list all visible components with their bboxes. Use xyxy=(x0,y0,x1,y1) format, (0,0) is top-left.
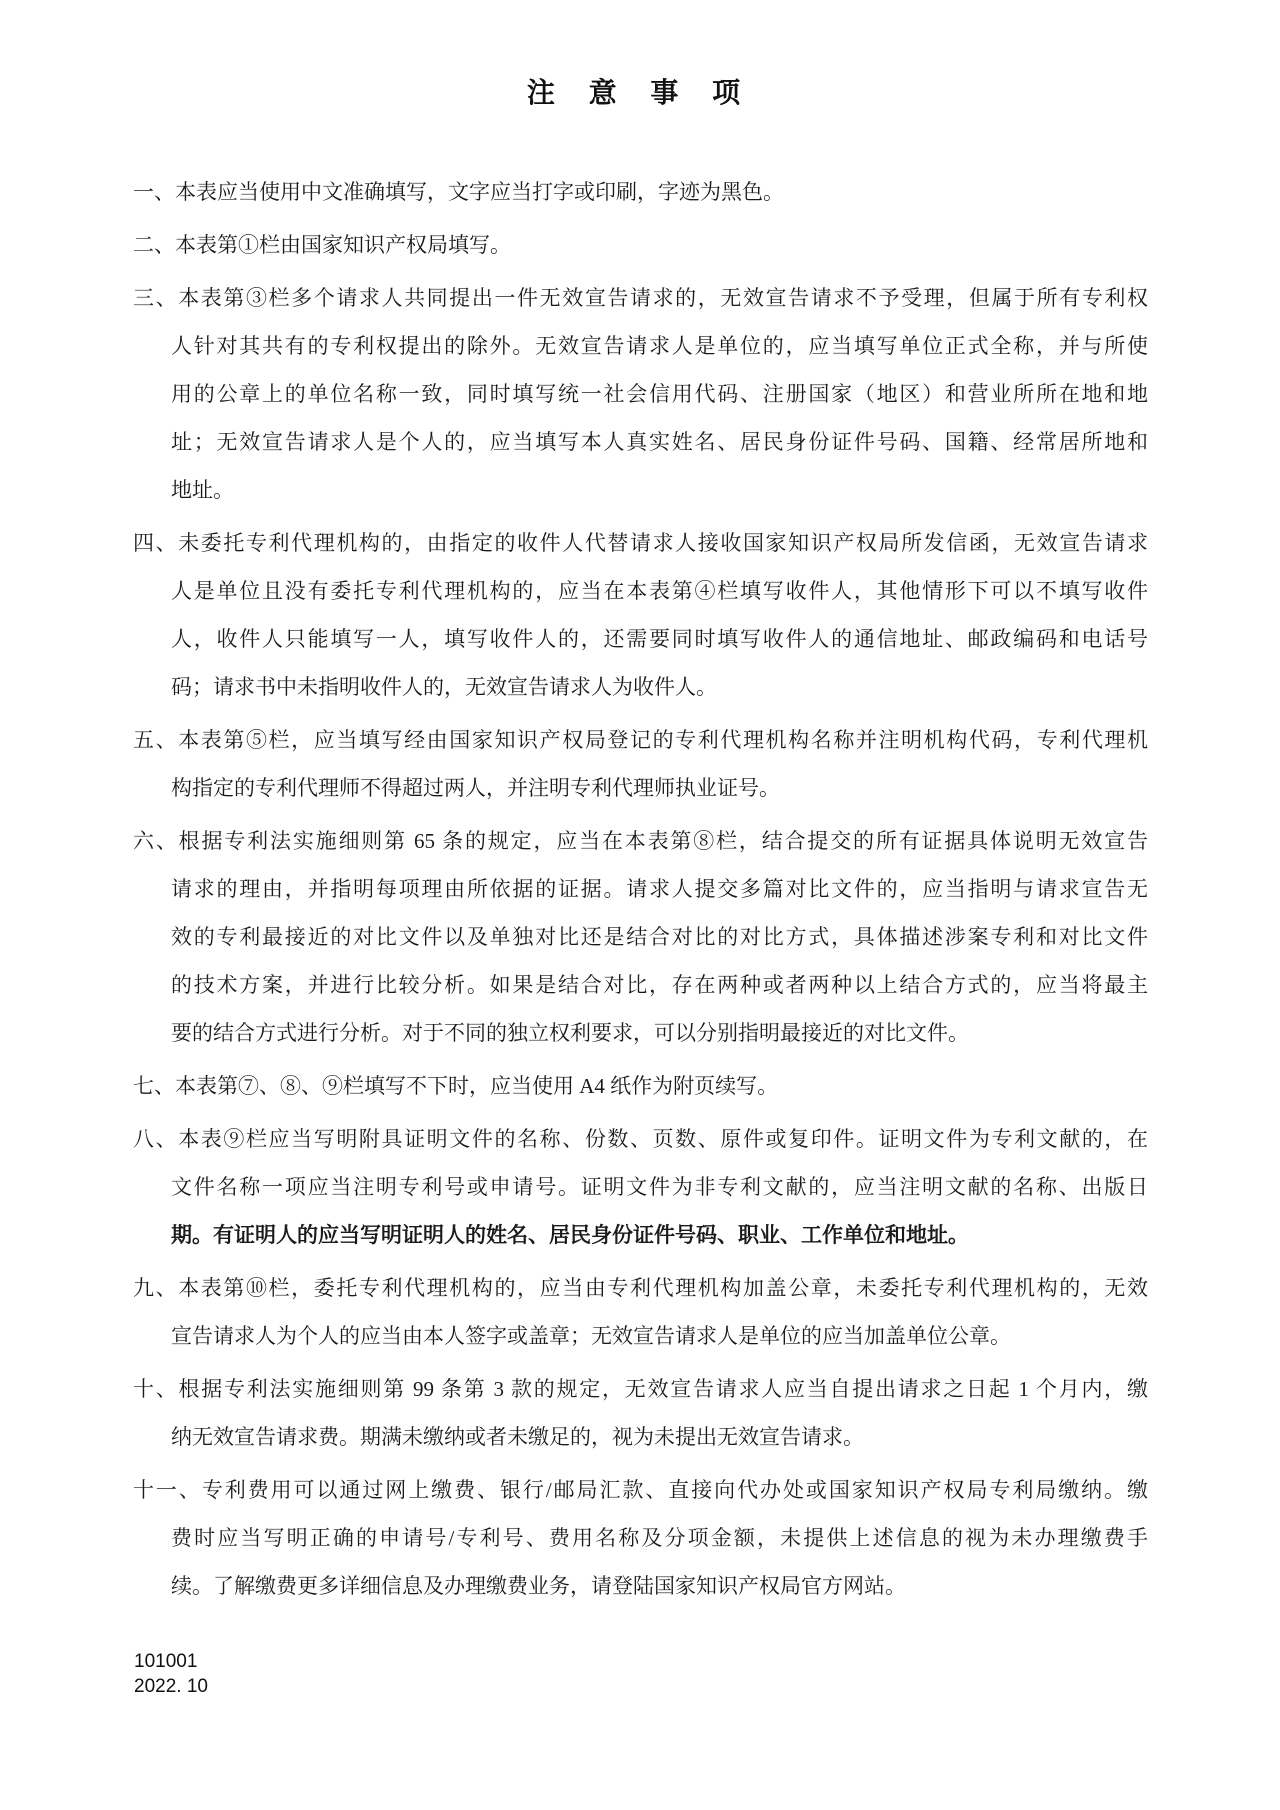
notice-line: 期。有证明人的应当写明证明人的姓名、居民身份证件号码、职业、工作单位和地址。 xyxy=(133,1211,1148,1259)
notice-line: 六、根据专利法实施细则第 65 条的规定，应当在本表第⑧栏，结合提交的所有证据具… xyxy=(133,817,1148,865)
notice-line: 用的公章上的单位名称一致，同时填写统一社会信用代码、注册国家（地区）和营业所所在… xyxy=(133,370,1148,418)
notice-line: 地址。 xyxy=(133,466,1148,514)
item-text: 专利费用可以通过网上缴费、银行/邮局汇款、直接向代办处或国家知识产权局专利局缴纳… xyxy=(202,1478,1148,1502)
item-text: 本表第①栏由国家知识产权局填写。 xyxy=(175,233,511,257)
notice-line: 十一、专利费用可以通过网上缴费、银行/邮局汇款、直接向代办处或国家知识产权局专利… xyxy=(133,1466,1148,1514)
item-text: 未委托专利代理机构的，由指定的收件人代替请求人接收国家知识产权局所发信函，无效宣… xyxy=(178,531,1148,555)
notice-line: 费时应当写明正确的申请号/专利号、费用名称及分项金额，未提供上述信息的视为未办理… xyxy=(133,1514,1148,1562)
item-number: 二、 xyxy=(133,233,175,257)
notice-item: 七、本表第⑦、⑧、⑨栏填写不下时，应当使用 A4 纸作为附页续写。 xyxy=(133,1062,1148,1110)
page-footer: 101001 2022. 10 xyxy=(134,1649,208,1699)
item-number: 八、 xyxy=(133,1127,178,1151)
notice-item: 十一、专利费用可以通过网上缴费、银行/邮局汇款、直接向代办处或国家知识产权局专利… xyxy=(133,1466,1148,1610)
item-number: 六、 xyxy=(133,829,179,853)
notice-line: 人是单位且没有委托专利代理机构的，应当在本表第④栏填写收件人，其他情形下可以不填… xyxy=(133,567,1148,615)
item-number: 十一、 xyxy=(133,1478,202,1502)
form-revision-date: 2022. 10 xyxy=(134,1674,208,1699)
notice-line: 效的专利最接近的对比文件以及单独对比还是结合对比的对比方式，具体描述涉案专利和对… xyxy=(133,913,1148,961)
item-text: 根据专利法实施细则第 65 条的规定，应当在本表第⑧栏，结合提交的所有证据具体说… xyxy=(179,829,1148,853)
item-text: 本表第⑩栏，委托专利代理机构的，应当由专利代理机构加盖公章，未委托专利代理机构的… xyxy=(178,1276,1148,1300)
notice-line: 要的结合方式进行分析。对于不同的独立权利要求，可以分别指明最接近的对比文件。 xyxy=(133,1009,1148,1057)
notice-line: 续。了解缴费更多详细信息及办理缴费业务，请登陆国家知识产权局官方网站。 xyxy=(133,1562,1148,1610)
item-text: 本表第③栏多个请求人共同提出一件无效宣告请求的，无效宣告请求不予受理，但属于所有… xyxy=(178,286,1148,310)
notice-line: 请求的理由，并指明每项理由所依据的证据。请求人提交多篇对比文件的，应当指明与请求… xyxy=(133,865,1148,913)
notice-line: 三、本表第③栏多个请求人共同提出一件无效宣告请求的，无效宣告请求不予受理，但属于… xyxy=(133,274,1148,322)
notice-item: 三、本表第③栏多个请求人共同提出一件无效宣告请求的，无效宣告请求不予受理，但属于… xyxy=(133,274,1148,514)
notice-line: 八、本表⑨栏应当写明附具证明文件的名称、份数、页数、原件或复印件。证明文件为专利… xyxy=(133,1115,1148,1163)
notice-line: 人，收件人只能填写一人，填写收件人的，还需要同时填写收件人的通信地址、邮政编码和… xyxy=(133,615,1148,663)
item-text: 本表第⑦、⑧、⑨栏填写不下时，应当使用 A4 纸作为附页续写。 xyxy=(175,1074,778,1098)
item-number: 三、 xyxy=(133,286,178,310)
notice-line: 人针对其共有的专利权提出的除外。无效宣告请求人是单位的，应当填写单位正式全称，并… xyxy=(133,322,1148,370)
item-text: 本表应当使用中文准确填写，文字应当打字或印刷，字迹为黑色。 xyxy=(175,180,784,204)
notice-list: 一、本表应当使用中文准确填写，文字应当打字或印刷，字迹为黑色。二、本表第①栏由国… xyxy=(133,168,1148,1615)
item-number: 十、 xyxy=(133,1377,179,1401)
notice-line: 址；无效宣告请求人是个人的，应当填写本人真实姓名、居民身份证件号码、国籍、经常居… xyxy=(133,418,1148,466)
notice-item: 六、根据专利法实施细则第 65 条的规定，应当在本表第⑧栏，结合提交的所有证据具… xyxy=(133,817,1148,1057)
notice-item: 二、本表第①栏由国家知识产权局填写。 xyxy=(133,221,1148,269)
notice-line: 一、本表应当使用中文准确填写，文字应当打字或印刷，字迹为黑色。 xyxy=(133,168,1148,216)
item-number: 四、 xyxy=(133,531,178,555)
page-title: 注 意 事 项 xyxy=(0,76,1280,110)
form-code: 101001 xyxy=(134,1649,208,1674)
item-text: 本表⑨栏应当写明附具证明文件的名称、份数、页数、原件或复印件。证明文件为专利文献… xyxy=(178,1127,1148,1151)
notice-line: 码；请求书中未指明收件人的，无效宣告请求人为收件人。 xyxy=(133,663,1148,711)
notice-line: 文件名称一项应当注明专利号或申请号。证明文件为非专利文献的，应当注明文献的名称、… xyxy=(133,1163,1148,1211)
notice-item: 四、未委托专利代理机构的，由指定的收件人代替请求人接收国家知识产权局所发信函，无… xyxy=(133,519,1148,711)
item-text: 本表第⑤栏，应当填写经由国家知识产权局登记的专利代理机构名称并注明机构代码，专利… xyxy=(178,728,1148,752)
notice-line: 十、根据专利法实施细则第 99 条第 3 款的规定，无效宣告请求人应当自提出请求… xyxy=(133,1365,1148,1413)
notice-line: 的技术方案，并进行比较分析。如果是结合对比，存在两种或者两种以上结合方式的，应当… xyxy=(133,961,1148,1009)
notice-page: 注 意 事 项 一、本表应当使用中文准确填写，文字应当打字或印刷，字迹为黑色。二… xyxy=(0,0,1280,1810)
notice-line: 九、本表第⑩栏，委托专利代理机构的，应当由专利代理机构加盖公章，未委托专利代理机… xyxy=(133,1264,1148,1312)
notice-line: 五、本表第⑤栏，应当填写经由国家知识产权局登记的专利代理机构名称并注明机构代码，… xyxy=(133,716,1148,764)
notice-item: 八、本表⑨栏应当写明附具证明文件的名称、份数、页数、原件或复印件。证明文件为专利… xyxy=(133,1115,1148,1259)
notice-item: 九、本表第⑩栏，委托专利代理机构的，应当由专利代理机构加盖公章，未委托专利代理机… xyxy=(133,1264,1148,1360)
item-number: 五、 xyxy=(133,728,178,752)
notice-line: 宣告请求人为个人的应当由本人签字或盖章；无效宣告请求人是单位的应当加盖单位公章。 xyxy=(133,1312,1148,1360)
notice-line: 四、未委托专利代理机构的，由指定的收件人代替请求人接收国家知识产权局所发信函，无… xyxy=(133,519,1148,567)
notice-line: 七、本表第⑦、⑧、⑨栏填写不下时，应当使用 A4 纸作为附页续写。 xyxy=(133,1062,1148,1110)
item-number: 九、 xyxy=(133,1276,178,1300)
item-number: 七、 xyxy=(133,1074,175,1098)
notice-item: 五、本表第⑤栏，应当填写经由国家知识产权局登记的专利代理机构名称并注明机构代码，… xyxy=(133,716,1148,812)
item-number: 一、 xyxy=(133,180,175,204)
notice-item: 一、本表应当使用中文准确填写，文字应当打字或印刷，字迹为黑色。 xyxy=(133,168,1148,216)
item-text: 根据专利法实施细则第 99 条第 3 款的规定，无效宣告请求人应当自提出请求之日… xyxy=(179,1377,1149,1401)
notice-line: 二、本表第①栏由国家知识产权局填写。 xyxy=(133,221,1148,269)
notice-line: 构指定的专利代理师不得超过两人，并注明专利代理师执业证号。 xyxy=(133,764,1148,812)
notice-item: 十、根据专利法实施细则第 99 条第 3 款的规定，无效宣告请求人应当自提出请求… xyxy=(133,1365,1148,1461)
notice-line: 纳无效宣告请求费。期满未缴纳或者未缴足的，视为未提出无效宣告请求。 xyxy=(133,1413,1148,1461)
